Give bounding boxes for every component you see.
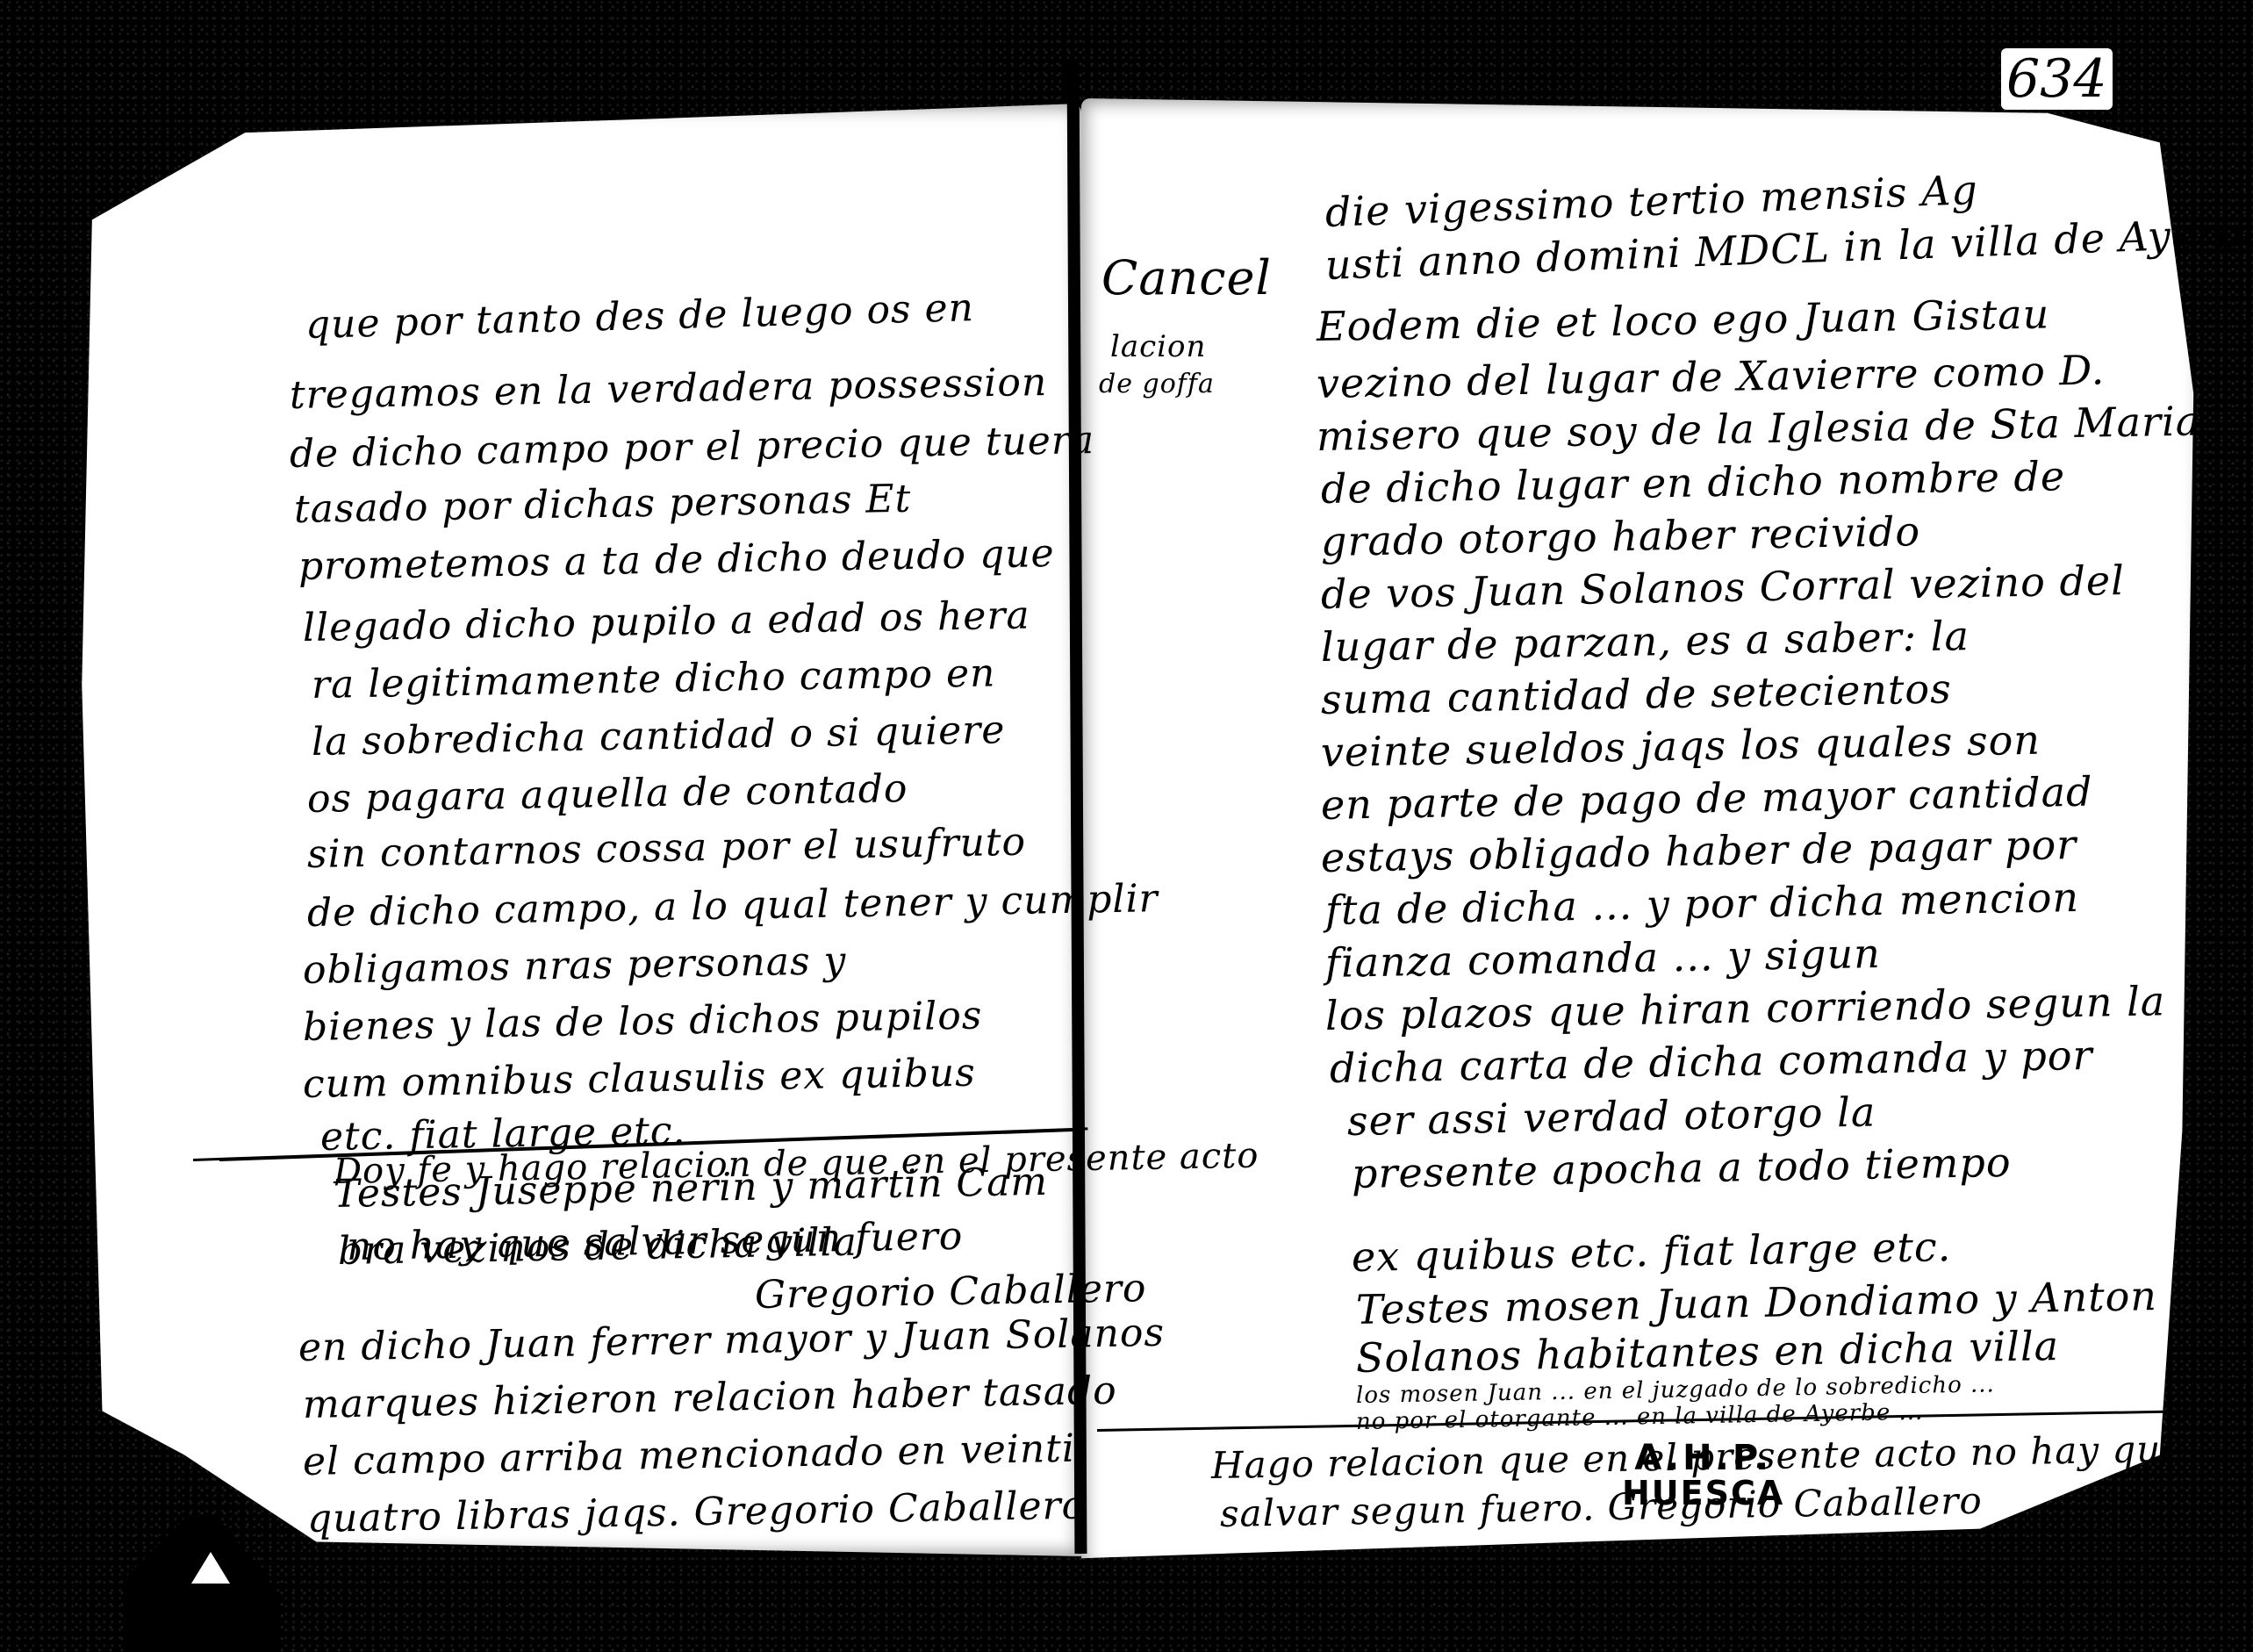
text-line: fianza comanda ... y sigun [1325, 930, 1882, 987]
stamp-line1: A.H.P. [1622, 1440, 1784, 1476]
stamp-line2: HUESCA [1622, 1476, 1784, 1512]
binding-notch [191, 1552, 230, 1584]
text-line: obligamos nras personas y [303, 938, 847, 993]
text-line: ser assi verdad otorgo la [1347, 1088, 1876, 1145]
folio-number: 634 [2001, 48, 2113, 110]
archive-stamp: A.H.P. HUESCA [1622, 1440, 1784, 1512]
margin-note-line: Cancel [1101, 250, 1272, 305]
margin-note-line: lacion [1110, 329, 1206, 364]
signature: Gregorio Caballero [755, 1266, 1147, 1318]
margin-note-line: de goffa [1099, 369, 1215, 399]
